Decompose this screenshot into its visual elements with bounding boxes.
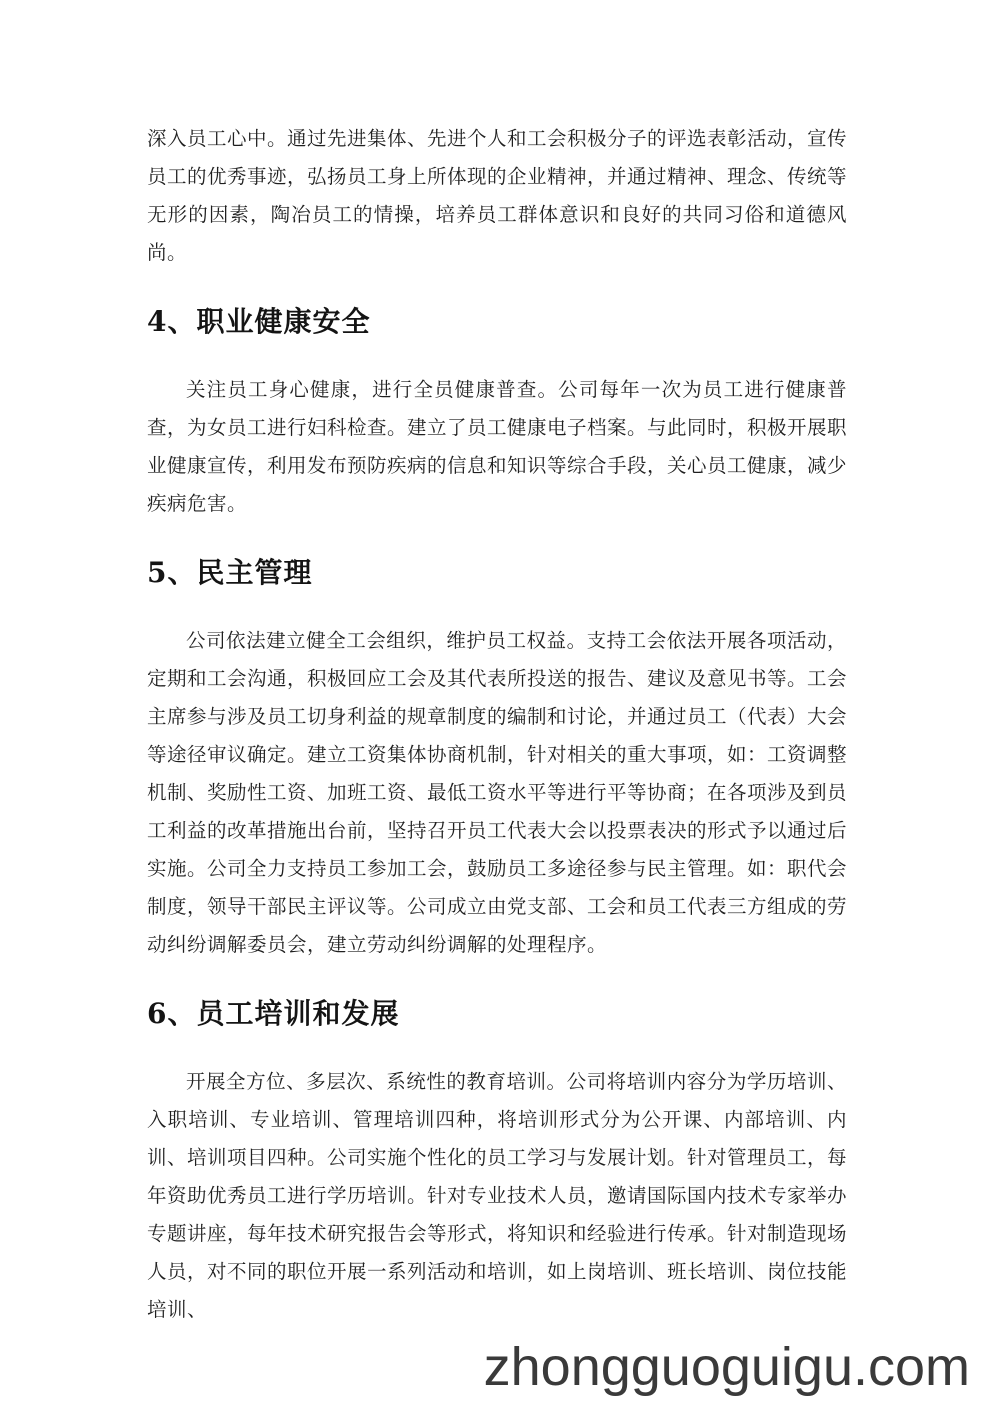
document-page: 深入员工心中。通过先进集体、先进个人和工会积极分子的评选表彰活动，宣传员工的优秀… (0, 0, 992, 1403)
site-watermark: zhongguoguigu.com (484, 1338, 970, 1397)
page-content: 深入员工心中。通过先进集体、先进个人和工会积极分子的评选表彰活动，宣传员工的优秀… (147, 120, 847, 1329)
section-paragraph-employee-training-development: 开展全方位、多层次、系统性的教育培训。公司将培训内容分为学历培训、入职培训、专业… (147, 1063, 847, 1329)
section-heading-employee-training-development: 6、员工培训和发展 (147, 993, 847, 1035)
section-paragraph-occupational-health-safety: 关注员工身心健康，进行全员健康普查。公司每年一次为员工进行健康普查，为女员工进行… (147, 371, 847, 523)
section-heading-democratic-management: 5、民主管理 (147, 552, 847, 594)
section-heading-occupational-health-safety: 4、职业健康安全 (147, 301, 847, 343)
intro-paragraph: 深入员工心中。通过先进集体、先进个人和工会积极分子的评选表彰活动，宣传员工的优秀… (147, 120, 847, 272)
section-paragraph-democratic-management: 公司依法建立健全工会组织，维护员工权益。支持工会依法开展各项活动，定期和工会沟通… (147, 622, 847, 964)
